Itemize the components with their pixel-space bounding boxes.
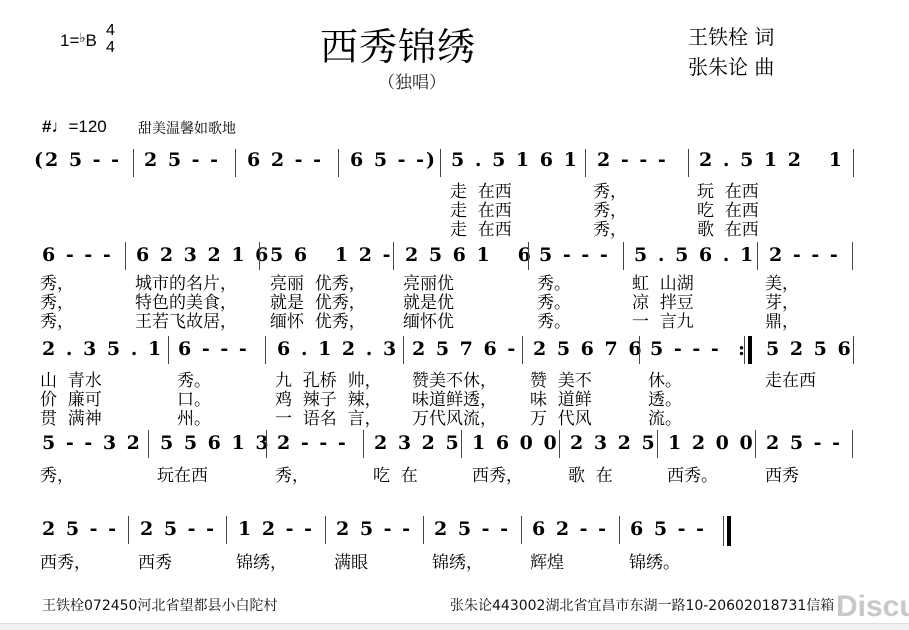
measure: 2 5 - - — [434, 518, 510, 540]
lyric: 价 廉可 — [40, 391, 102, 409]
measure: 2 5 - - — [144, 149, 220, 171]
barline — [585, 149, 586, 177]
barline — [688, 149, 689, 177]
time-signature: 4 4 — [106, 22, 115, 56]
lyric: 赞 美不 — [530, 372, 592, 390]
quarter-note-icon: #♩ — [42, 117, 68, 136]
barline — [522, 336, 523, 364]
lyric: 西秀 — [765, 467, 799, 485]
barline — [338, 149, 339, 177]
measure: 2 5 7 6 - — [412, 338, 517, 360]
final-barline-thick — [727, 516, 731, 546]
lyric: 走在西 — [765, 372, 816, 390]
barline — [852, 430, 853, 458]
measure: 6 - - - — [42, 244, 113, 266]
barline — [393, 242, 394, 270]
key-prefix: 1= — [60, 31, 79, 50]
lyric: 吃 在 — [373, 467, 418, 485]
measure: (2 5 - - — [34, 149, 121, 171]
measure: 2 . 3 5 . 1 — [42, 338, 163, 360]
measure: 2 5 - - — [42, 518, 118, 540]
tempo-value: =120 — [68, 117, 106, 136]
measure: 2 3 2 5 — [570, 432, 657, 454]
barline — [657, 430, 658, 458]
measure: 2 5 6 1 6 — [405, 244, 533, 266]
barline — [852, 242, 853, 270]
barline — [559, 430, 560, 458]
lyric: 走 在西 — [450, 183, 512, 201]
lyric: 贯 满神 — [40, 410, 102, 428]
lyric: 秀， — [40, 313, 74, 331]
measure: 5 - - 3 2 — [42, 432, 142, 454]
measure: 2 - - - — [769, 244, 840, 266]
key-signature: 1=♭B — [60, 30, 97, 51]
lyric: 走 在西 — [450, 202, 512, 220]
lyric: 歌 在西 — [697, 221, 759, 239]
lyric: 凉 拌豆 — [632, 294, 694, 312]
lyric: 味道鲜透， — [412, 391, 497, 409]
barline — [265, 336, 266, 364]
measure: 6 2 - - — [247, 149, 323, 171]
song-title: 西秀锦绣 — [320, 16, 476, 71]
measure: 5 5 6 1 3 — [160, 432, 271, 454]
lyric: 秀， — [593, 221, 627, 239]
measure: 1 6 0 0 — [472, 432, 559, 454]
lyric: 吃 在西 — [697, 202, 759, 220]
barline — [363, 430, 364, 458]
expression-marking: 甜美温馨如歌地 — [138, 118, 236, 138]
barline — [168, 336, 169, 364]
lyric: 秀， — [593, 202, 627, 220]
credits: 王铁栓 词 张朱论 曲 — [688, 22, 774, 82]
lyric: 万代风流， — [412, 410, 497, 428]
measure: 1 2 0 0 — [668, 432, 755, 454]
measure: 6 5 - - — [630, 518, 706, 540]
lyric: 一 言九 — [632, 313, 694, 331]
repeat-barline-thick — [748, 336, 752, 364]
lyric: 芽， — [765, 294, 799, 312]
measure: 5 6 1 2 - — [270, 244, 392, 266]
lyric: 玩在西 — [157, 467, 208, 485]
measure: 6 5 - -) — [350, 149, 437, 171]
barline — [757, 242, 758, 270]
bottom-border — [0, 623, 909, 630]
measure: 5 . 5 1 6 1 — [451, 149, 579, 171]
barline — [639, 336, 640, 364]
measure: 1 2 - - — [238, 518, 314, 540]
tempo-marking: #♩=120 — [42, 117, 107, 137]
lyric: 鸡 辣子 辣， — [275, 391, 382, 409]
lyricist-address: 王铁栓072450河北省望都县小白陀村 — [42, 595, 277, 615]
barline — [403, 336, 404, 364]
lyric: 锦绣。 — [629, 554, 680, 572]
measure: 6 . 1 2 . 3 — [277, 338, 398, 360]
lyric: 口。 — [177, 391, 211, 409]
lyric: 秀， — [593, 183, 627, 201]
lyric: 就是 优秀， — [270, 294, 366, 312]
barline — [266, 430, 267, 458]
key-note: B — [86, 31, 97, 50]
lyric: 九 孔桥 帅， — [275, 372, 382, 390]
lyric: 秀。 — [177, 372, 211, 390]
measure: 5 - - - — [539, 244, 610, 266]
measure: 6 - - - — [178, 338, 249, 360]
lyric: 流。 — [648, 410, 682, 428]
barline — [423, 516, 424, 544]
composer: 张朱论 曲 — [688, 52, 774, 82]
barline — [755, 430, 756, 458]
lyric: 西秀 — [138, 554, 172, 572]
barline — [623, 242, 624, 270]
lyric: 就是优 — [403, 294, 454, 312]
lyric: 亮丽 优秀， — [270, 275, 366, 293]
barline — [235, 149, 236, 177]
time-top: 4 — [106, 22, 115, 39]
lyric: 美， — [765, 275, 799, 293]
song-subtitle: （独唱） — [378, 68, 446, 93]
lyric: 西秀， — [472, 467, 523, 485]
lyric: 秀， — [40, 275, 74, 293]
barline — [125, 242, 126, 270]
barline — [521, 516, 522, 544]
time-bottom: 4 — [106, 39, 115, 56]
lyricist: 王铁栓 词 — [688, 22, 774, 52]
measure: 2 - - - — [597, 149, 668, 171]
barline — [133, 149, 134, 177]
barline — [528, 242, 529, 270]
barline — [259, 242, 260, 270]
lyric: 城市的名片， — [135, 275, 237, 293]
lyric: 透。 — [648, 391, 682, 409]
barline — [226, 516, 227, 544]
measure: 2 5 - - — [766, 432, 842, 454]
lyric: 西秀， — [40, 554, 91, 572]
lyric: 一 语名 言， — [275, 410, 382, 428]
measure: 2 . 5 1 2 1 — [699, 149, 844, 171]
barline — [128, 516, 129, 544]
measure: 6 2 - - — [532, 518, 608, 540]
measure: 5 . 5 6 . 1 — [634, 244, 755, 266]
lyric: 缅怀优 — [403, 313, 454, 331]
lyric: 走 在西 — [450, 221, 512, 239]
composer-address: 张朱论443002湖北省宜昌市东湖一路10-20602018731信箱 — [450, 595, 834, 615]
measure: 5 - - - : — [650, 338, 747, 360]
lyric: 辉煌 — [530, 554, 564, 572]
lyric: 王若飞故居， — [135, 313, 237, 331]
measure: 2 5 - - — [336, 518, 412, 540]
lyric: 秀。 — [537, 313, 571, 331]
lyric: 锦绣， — [432, 554, 483, 572]
lyric: 秀， — [40, 467, 74, 485]
lyric: 秀。 — [537, 275, 571, 293]
measure: 5 2 5 6 — [766, 338, 853, 360]
watermark: Discuz! — [836, 590, 909, 624]
measure: 2 3 2 5 — [374, 432, 461, 454]
lyric: 味 道鲜 — [530, 391, 592, 409]
lyric: 万 代风 — [530, 410, 592, 428]
lyric: 鼎， — [765, 313, 799, 331]
barline — [325, 516, 326, 544]
lyric: 秀， — [275, 467, 309, 485]
lyric: 特色的美食， — [135, 294, 237, 312]
measure: 2 5 - - — [140, 518, 216, 540]
barline — [440, 149, 441, 177]
measure: 6 2 3 2 1 6 — [136, 244, 270, 266]
measure: 2 - - - — [277, 432, 348, 454]
lyric: 休。 — [648, 372, 682, 390]
lyric: 缅怀 优秀， — [270, 313, 366, 331]
lyric: 玩 在西 — [697, 183, 759, 201]
repeat-barline-thin — [744, 336, 745, 364]
lyric: 秀。 — [537, 294, 571, 312]
barline — [853, 149, 854, 177]
lyric: 西秀。 — [667, 467, 718, 485]
barline — [461, 430, 462, 458]
lyric: 秀， — [40, 294, 74, 312]
lyric: 虹 山湖 — [632, 275, 694, 293]
final-barline-thin — [723, 516, 724, 546]
lyric: 亮丽优 — [403, 275, 454, 293]
lyric: 赞美不休， — [412, 372, 497, 390]
lyric: 山 青水 — [40, 372, 102, 390]
measure: 2 5 6 7 6 — [533, 338, 644, 360]
barline — [853, 336, 854, 364]
barline — [148, 430, 149, 458]
lyric: 歌 在 — [568, 467, 613, 485]
lyric: 锦绣， — [236, 554, 287, 572]
lyric: 满眼 — [334, 554, 368, 572]
barline — [619, 516, 620, 544]
lyric: 州。 — [177, 410, 211, 428]
